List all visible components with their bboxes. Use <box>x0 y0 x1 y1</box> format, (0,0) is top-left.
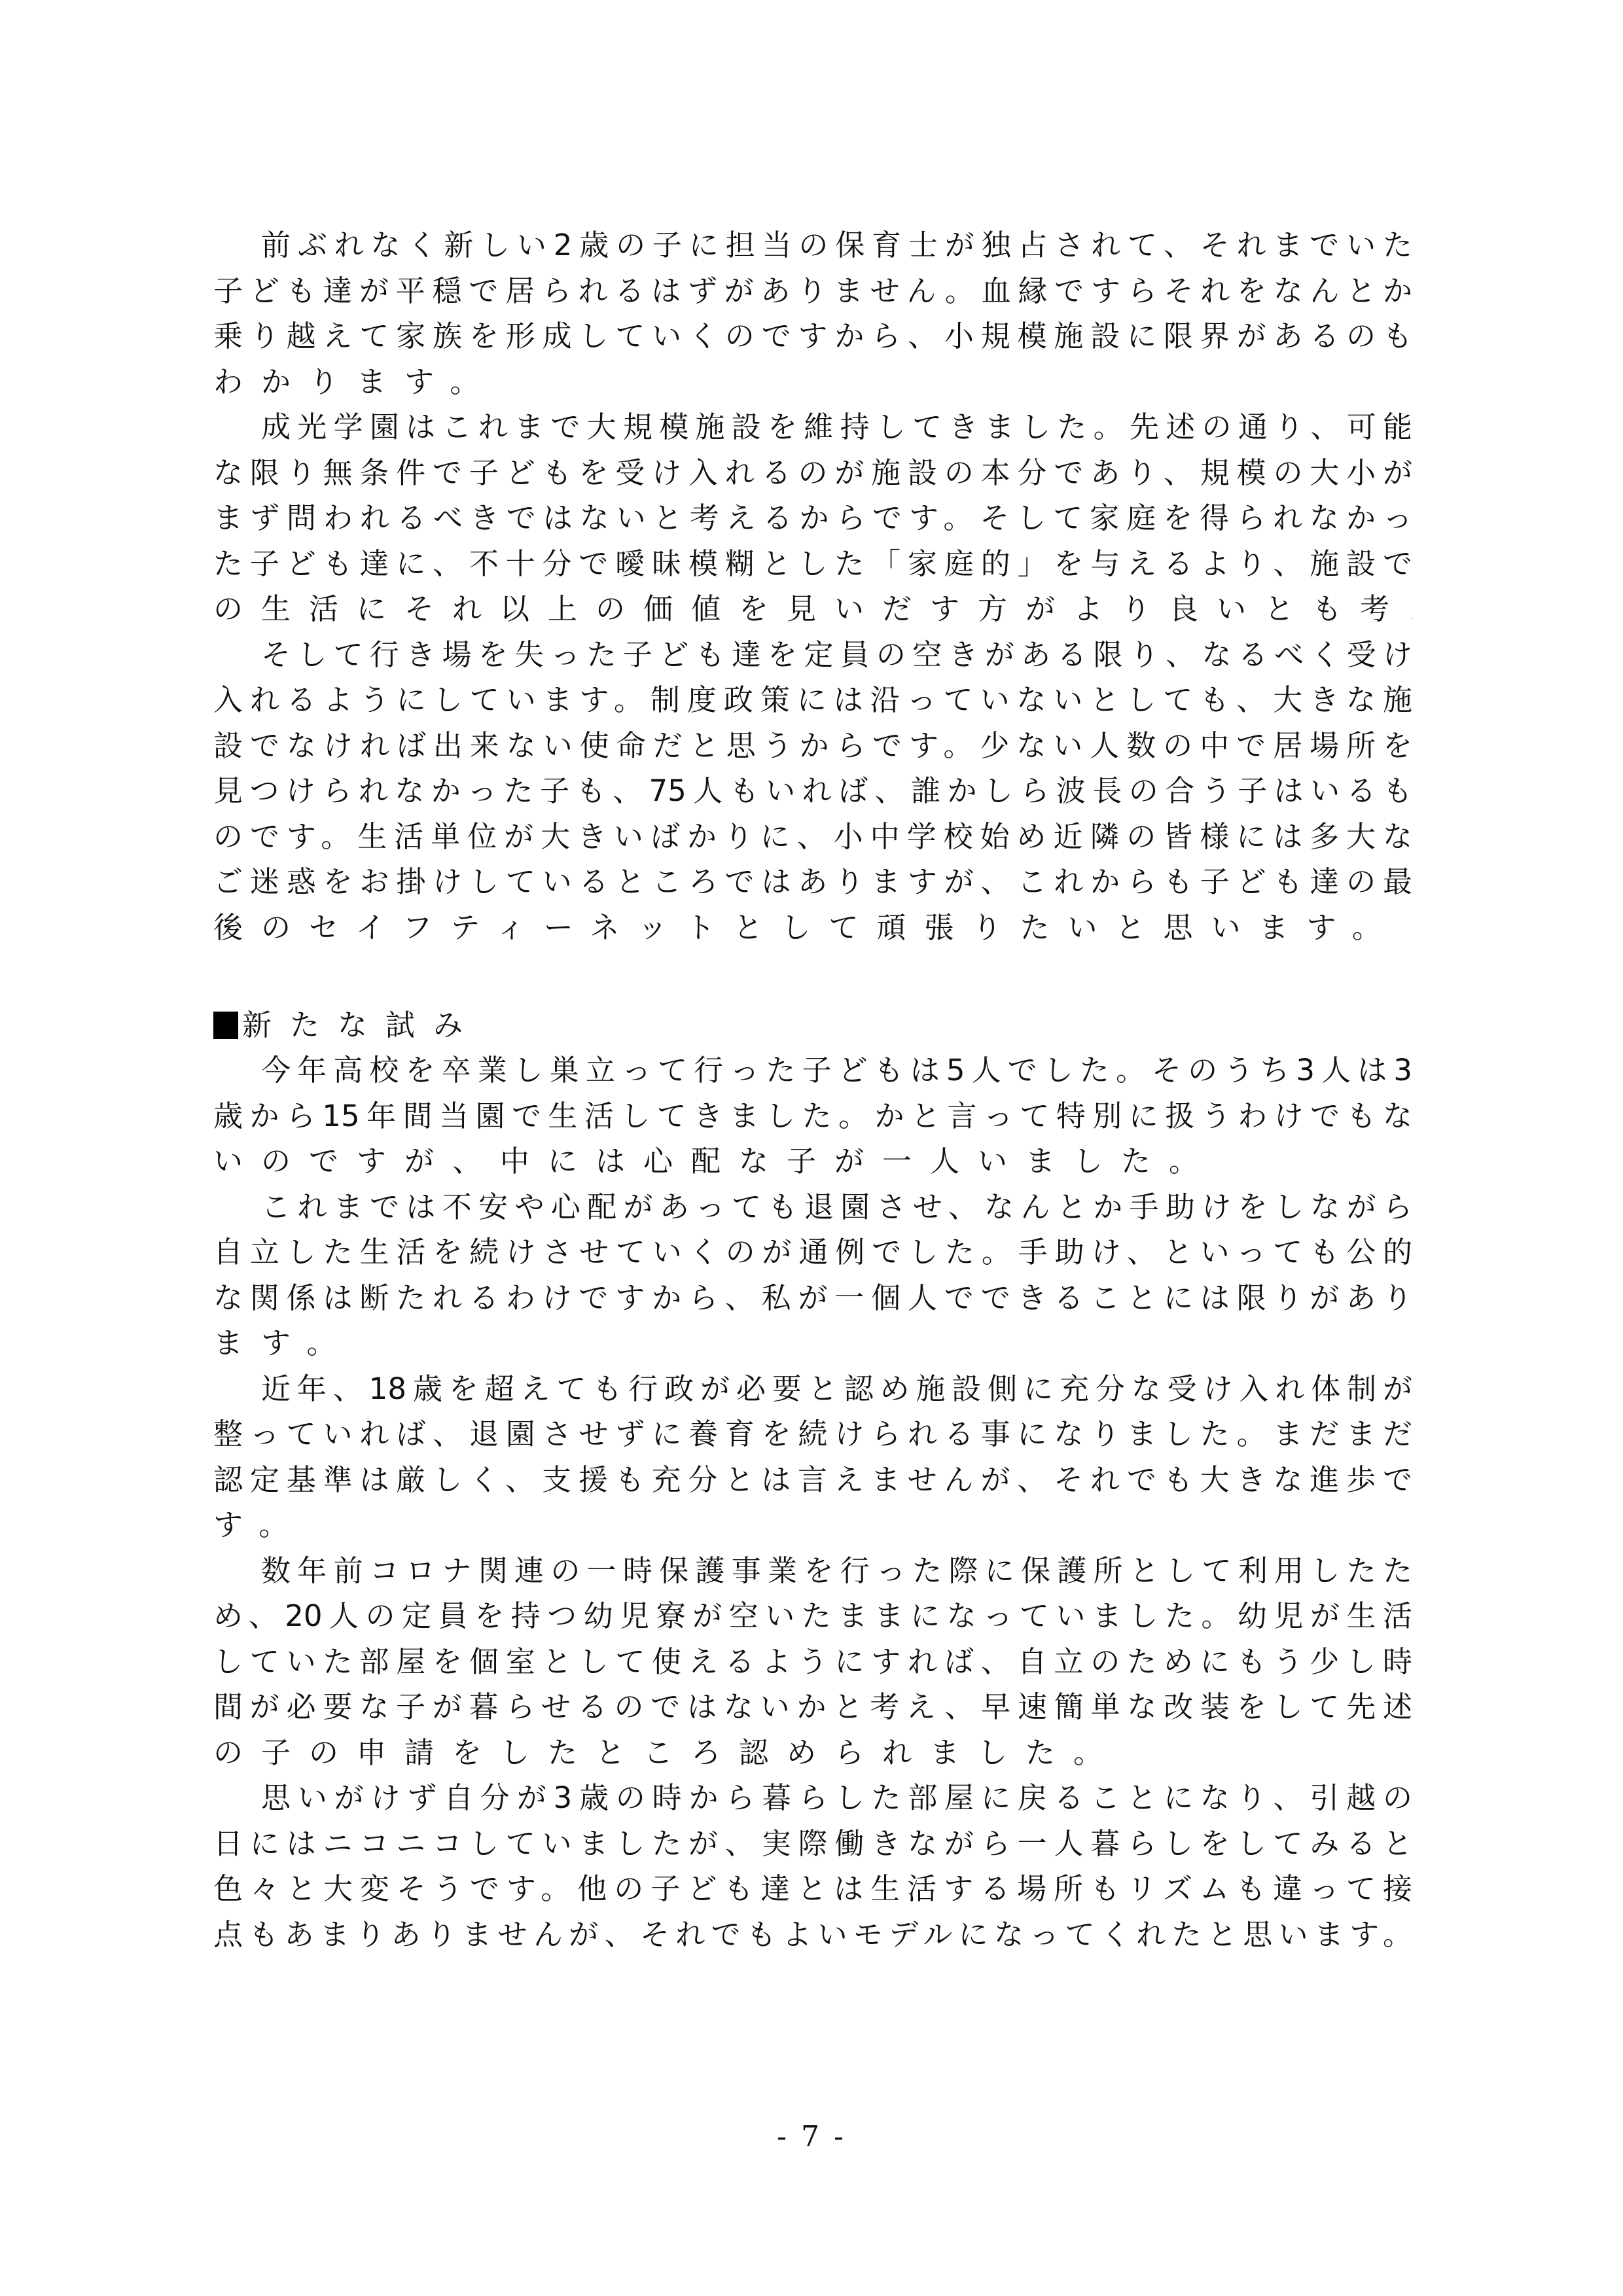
black-square-icon <box>213 1012 238 1039</box>
text-line: の生活にそれ以上の価値を見いだす方がより良いとも考えています。 <box>213 586 1412 632</box>
page-number: - 7 - <box>0 2120 1623 2153</box>
text-line: これまでは不安や心配があっても退園させ、なんとか手助けをしながら <box>213 1184 1412 1230</box>
text-line: ます。 <box>213 1320 1412 1366</box>
text-line: 乗り越えて家族を形成していくのですから、小規模施設に限界があるのも <box>213 313 1412 359</box>
text-line: 設でなければ出来ない使命だと思うからです。少ない人数の中で居場所を <box>213 723 1412 769</box>
text-line: のです。生活単位が大きいばかりに、小中学校始め近隣の皆様には多大な <box>213 814 1412 860</box>
text-line: た子ども達に、不十分で曖昧模糊とした「家庭的」を与えるより、施設で <box>213 541 1412 587</box>
text-line: 今年高校を卒業し巣立って行った子どもは5人でした。そのうち3人は3 <box>213 1048 1412 1093</box>
text-line: 数年前コロナ関連の一時保護事業を行った際に保護所として利用したた <box>213 1548 1412 1594</box>
text-line: 自立した生活を続けさせていくのが通例でした。手助け、といっても公的 <box>213 1229 1412 1275</box>
text-line: 後のセイフティーネットとして頑張りたいと思います。 <box>213 905 1412 951</box>
text-line: まず問われるべきではないと考えるからです。そして家庭を得られなかっ <box>213 495 1412 541</box>
text-line: の子の申請をしたところ認められました。 <box>213 1730 1412 1776</box>
paragraph: 数年前コロナ関連の一時保護事業を行った際に保護所として利用したた め、20人の定… <box>213 1548 1412 1776</box>
text-line: 認定基準は厳しく、支援も充分とは言えませんが、それでも大きな進歩で <box>213 1457 1412 1503</box>
text-line: 見つけられなかった子も、75人もいれば、誰かしら波長の合う子はいるも <box>213 768 1412 814</box>
heading-line: 新たな試み <box>213 1002 1412 1048</box>
text-line: 点もあまりありませんが、それでもよいモデルになってくれたと思います。 <box>213 1912 1412 1958</box>
text-line: ご迷惑をお掛けしているところではありますが、これからも子ども達の最 <box>213 859 1412 905</box>
text-line: な関係は断たれるわけですから、私が一個人でできることには限りがあり <box>213 1275 1412 1321</box>
text-line: 思いがけず自分が3歳の時から暮らした部屋に戻ることになり、引越の <box>213 1775 1412 1821</box>
text-line: 子ども達が平穏で居られるはずがありません。血縁ですらそれをなんとか <box>213 268 1412 314</box>
paragraph: これまでは不安や心配があっても退園させ、なんとか手助けをしながら 自立した生活を… <box>213 1184 1412 1366</box>
text-line: わかります。 <box>213 359 1412 405</box>
text-line: 前ぶれなく新しい2歳の子に担当の保育士が独占されて、それまでいた <box>213 222 1412 268</box>
text-line: 間が必要な子が暮らせるのではないかと考え、早速簡単な改装をして先述 <box>213 1684 1412 1730</box>
paragraph: そして行き場を失った子ども達を定員の空きがある限り、なるべく受け 入れるようにし… <box>213 632 1412 951</box>
text-line: 歳から15年間当園で生活してきました。かと言って特別に扱うわけでもな <box>213 1093 1412 1139</box>
heading-title: 新たな試み <box>242 1002 481 1048</box>
text-line: 入れるようにしています。制度政策には沿っていないとしても、大きな施 <box>213 677 1412 723</box>
body-section-1: 前ぶれなく新しい2歳の子に担当の保育士が独占されて、それまでいた 子ども達が平穏… <box>213 222 1412 950</box>
text-line: め、20人の定員を持つ幼児寮が空いたままになっていました。幼児が生活 <box>213 1593 1412 1639</box>
text-line: な限り無条件で子どもを受け入れるのが施設の本分であり、規模の大小が <box>213 450 1412 496</box>
text-line: 色々と大変そうです。他の子ども達とは生活する場所もリズムも違って接 <box>213 1866 1412 1912</box>
text-line: していた部屋を個室として使えるようにすれば、自立のためにもう少し時 <box>213 1639 1412 1685</box>
text-line: 日にはニコニコしていましたが、実際働きながら一人暮らしをしてみると <box>213 1821 1412 1867</box>
paragraph: 成光学園はこれまで大規模施設を維持してきました。先述の通り、可能 な限り無条件で… <box>213 404 1412 632</box>
text-line: す。 <box>213 1502 1412 1548</box>
document-page: 前ぶれなく新しい2歳の子に担当の保育士が独占されて、それまでいた 子ども達が平穏… <box>0 0 1623 2296</box>
paragraph: 前ぶれなく新しい2歳の子に担当の保育士が独占されて、それまでいた 子ども達が平穏… <box>213 222 1412 404</box>
text-line: そして行き場を失った子ども達を定員の空きがある限り、なるべく受け <box>213 632 1412 678</box>
text-line: 成光学園はこれまで大規模施設を維持してきました。先述の通り、可能 <box>213 404 1412 450</box>
text-line: 整っていれば、退園させずに養育を続けられる事になりました。まだまだ <box>213 1411 1412 1457</box>
paragraph: 近年、18歳を超えても行政が必要と認め施設側に充分な受け入れ体制が 整っていれば… <box>213 1366 1412 1548</box>
text-line: 近年、18歳を超えても行政が必要と認め施設側に充分な受け入れ体制が <box>213 1366 1412 1412</box>
paragraph: 今年高校を卒業し巣立って行った子どもは5人でした。そのうち3人は3 歳から15年… <box>213 1048 1412 1184</box>
text-line: いのですが、中には心配な子が一人いました。 <box>213 1139 1412 1184</box>
body-section-2: 今年高校を卒業し巣立って行った子どもは5人でした。そのうち3人は3 歳から15年… <box>213 1048 1412 1957</box>
section-heading: 新たな試み <box>213 1002 1412 1048</box>
paragraph: 思いがけず自分が3歳の時から暮らした部屋に戻ることになり、引越の 日にはニコニコ… <box>213 1775 1412 1957</box>
